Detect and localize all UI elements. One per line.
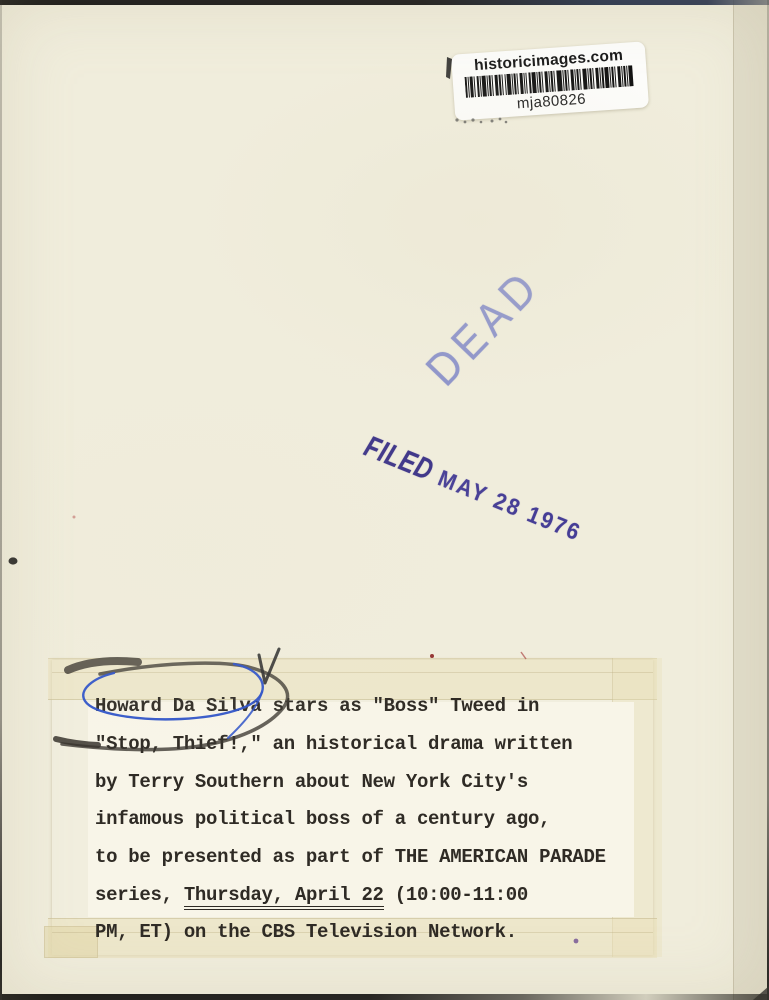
- photo-edge-left: [0, 0, 2, 1000]
- filed-stamp: FILED MAY 28 1976: [359, 430, 599, 553]
- caption-line-3: by Terry Southern about New York City's: [95, 771, 528, 793]
- sticker-code-text: mja80826: [516, 91, 586, 113]
- caption-line-6-underlined-date: Thursday, April 22: [184, 884, 384, 910]
- tape-strip-top: [48, 658, 657, 700]
- faint-red-speck: [73, 516, 76, 519]
- caption-line-6: series, Thursday, April 22 (10:00-11:00: [95, 884, 528, 906]
- barcode-sticker: historicimages.com mja80826: [451, 41, 649, 120]
- ink-dot-left-margin: [9, 557, 18, 564]
- tape-tab-bottom-left: [44, 926, 98, 958]
- caption-line-4: infamous political boss of a century ago…: [95, 808, 550, 830]
- caption-label: Howard Da Silva stars as "Boss" Tweed in…: [52, 660, 653, 955]
- photo-right-margin-shade: [733, 0, 769, 1000]
- caption-line-2: "Stop, Thief!," an historical drama writ…: [95, 733, 572, 755]
- photo-back-scan: historicimages.com mja80826 DEAD FILED M…: [0, 0, 769, 1000]
- tape-edge-line: [52, 672, 653, 673]
- caption-line-6-prefix: series,: [95, 884, 184, 906]
- caption-line-1: Howard Da Silva stars as "Boss" Tweed in: [95, 695, 539, 717]
- caption-line-5: to be presented as part of THE AMERICAN …: [95, 846, 606, 868]
- filed-stamp-word: FILED: [359, 430, 438, 488]
- photo-edge-bottom: [0, 994, 769, 1000]
- filed-stamp-date: MAY 28 1976: [434, 464, 585, 546]
- photo-edge-top: [0, 0, 769, 5]
- dead-stamp: DEAD: [413, 256, 553, 398]
- caption-line-7: PM, ET) on the CBS Television Network.: [95, 921, 517, 943]
- caption-line-6-suffix: (10:00-11:00: [384, 884, 528, 906]
